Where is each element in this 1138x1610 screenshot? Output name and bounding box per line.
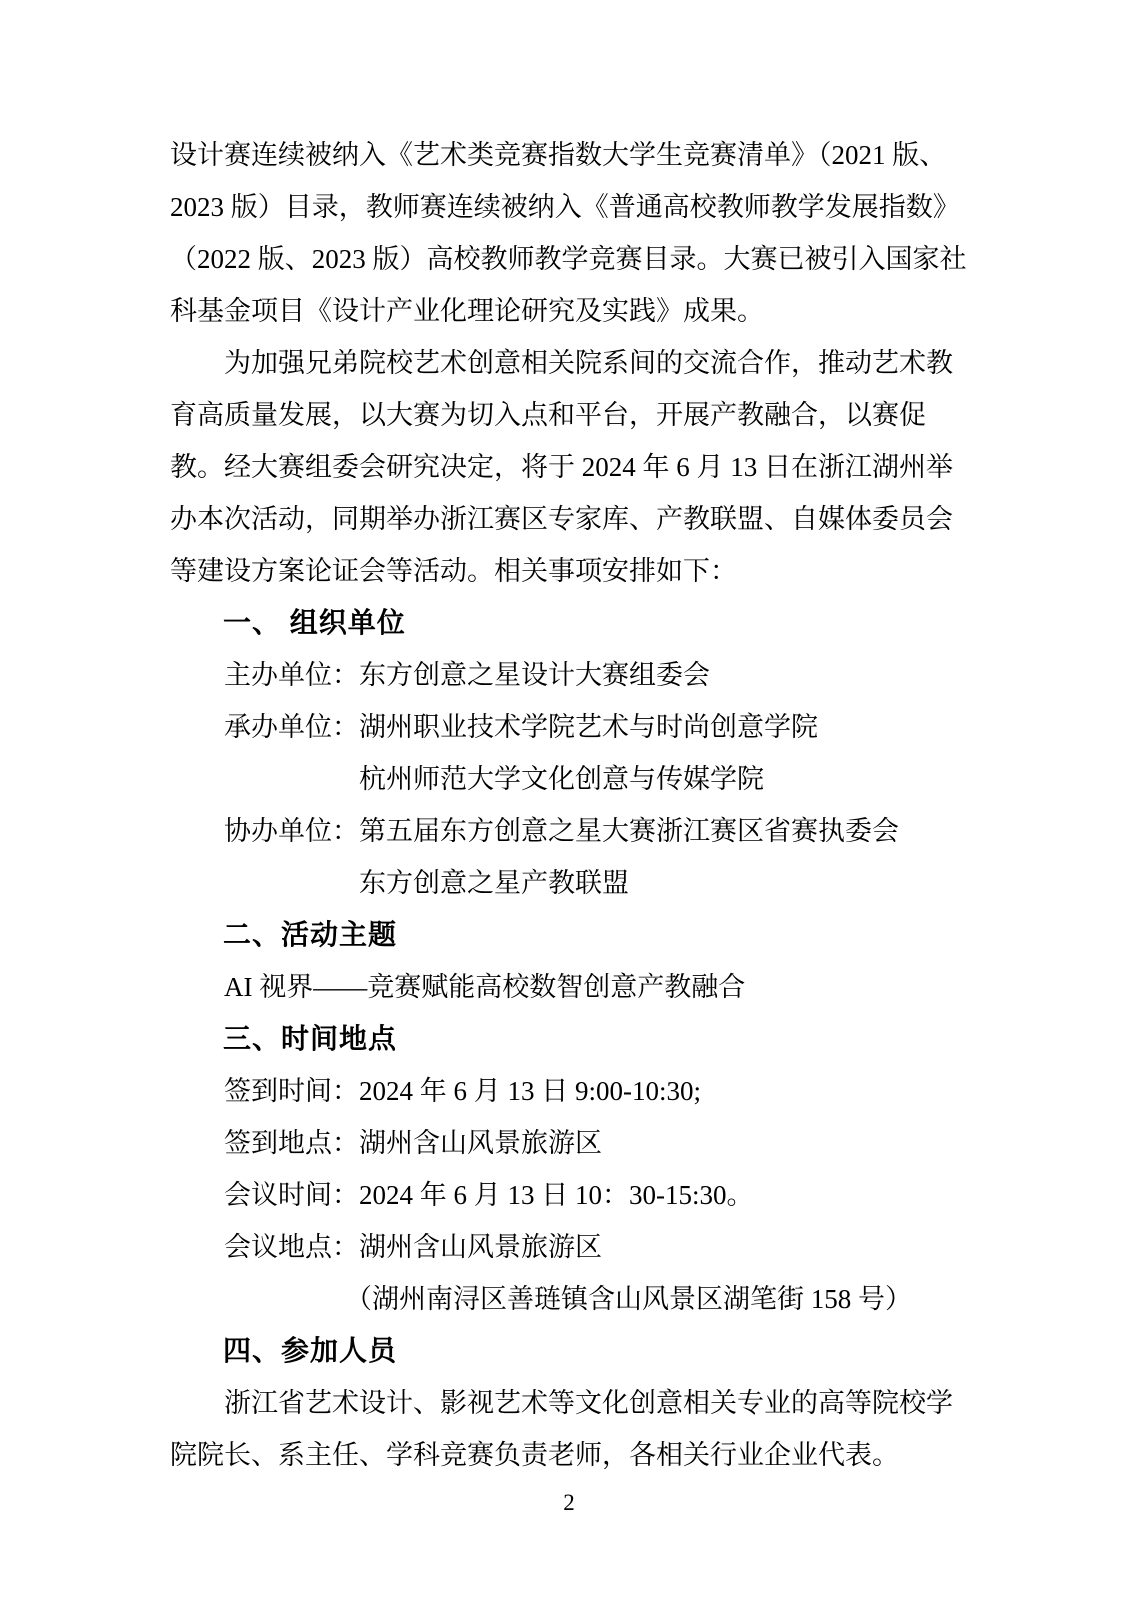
paragraph2-line: 教。经大赛组委会研究决定，将于 2024 年 6 月 13 日在浙江湖州举 bbox=[170, 441, 970, 493]
host-unit-line: 主办单位：东方创意之星设计大赛组委会 bbox=[170, 649, 970, 701]
meeting-time-line: 会议时间：2024 年 6 月 13 日 10：30-15:30。 bbox=[170, 1169, 970, 1221]
paragraph2-line: 育高质量发展，以大赛为切入点和平台，开展产教融合，以赛促 bbox=[170, 389, 970, 441]
organizer-unit-continuation-line: 杭州师范大学文化创意与传媒学院 bbox=[170, 753, 970, 805]
paragraph2-line: 为加强兄弟院校艺术创意相关院系间的交流合作，推动艺术教 bbox=[170, 337, 970, 389]
participants-line: 浙江省艺术设计、影视艺术等文化创意相关专业的高等院校学 bbox=[170, 1377, 970, 1429]
co-organizer-unit-continuation-line: 东方创意之星产教联盟 bbox=[170, 857, 970, 909]
meeting-place-line: 会议地点：湖州含山风景旅游区 bbox=[170, 1221, 970, 1273]
paragraph1-line: 设计赛连续被纳入《艺术类竞赛指数大学生竞赛清单》（2021 版、 bbox=[170, 129, 970, 181]
document-page: 设计赛连续被纳入《艺术类竞赛指数大学生竞赛清单》（2021 版、 2023 版）… bbox=[0, 0, 1138, 1610]
paragraph1-line: （2022 版、2023 版）高校教师教学竞赛目录。大赛已被引入国家社 bbox=[170, 233, 970, 285]
paragraph2-line: 等建设方案论证会等活动。相关事项安排如下： bbox=[170, 545, 970, 597]
paragraph1-line: 2023 版）目录，教师赛连续被纳入《普通高校教师教学发展指数》 bbox=[170, 181, 970, 233]
section-heading-activity-theme: 二、活动主题 bbox=[170, 909, 970, 961]
paragraph2-line: 办本次活动，同期举办浙江赛区专家库、产教联盟、自媒体委员会 bbox=[170, 493, 970, 545]
organizer-unit-line: 承办单位：湖州职业技术学院艺术与时尚创意学院 bbox=[170, 701, 970, 753]
co-organizer-unit-line: 协办单位：第五届东方创意之星大赛浙江赛区省赛执委会 bbox=[170, 805, 970, 857]
activity-theme-line: AI 视界——竞赛赋能高校数智创意产教融合 bbox=[170, 961, 970, 1013]
checkin-place-line: 签到地点：湖州含山风景旅游区 bbox=[170, 1117, 970, 1169]
section-heading-participants: 四、参加人员 bbox=[170, 1325, 970, 1377]
page-number: 2 bbox=[0, 1477, 1138, 1529]
checkin-time-line: 签到时间：2024 年 6 月 13 日 9:00-10:30; bbox=[170, 1065, 970, 1117]
meeting-address-line: （湖州南浔区善琏镇含山风景区湖笔街 158 号） bbox=[170, 1273, 970, 1325]
paragraph1-line: 科基金项目《设计产业化理论研究及实践》成果。 bbox=[170, 285, 970, 337]
section-heading-organizing-units: 一、 组织单位 bbox=[170, 597, 970, 649]
section-heading-time-place: 三、时间地点 bbox=[170, 1013, 970, 1065]
participants-line: 院院长、系主任、学科竞赛负责老师，各相关行业企业代表。 bbox=[170, 1429, 970, 1481]
